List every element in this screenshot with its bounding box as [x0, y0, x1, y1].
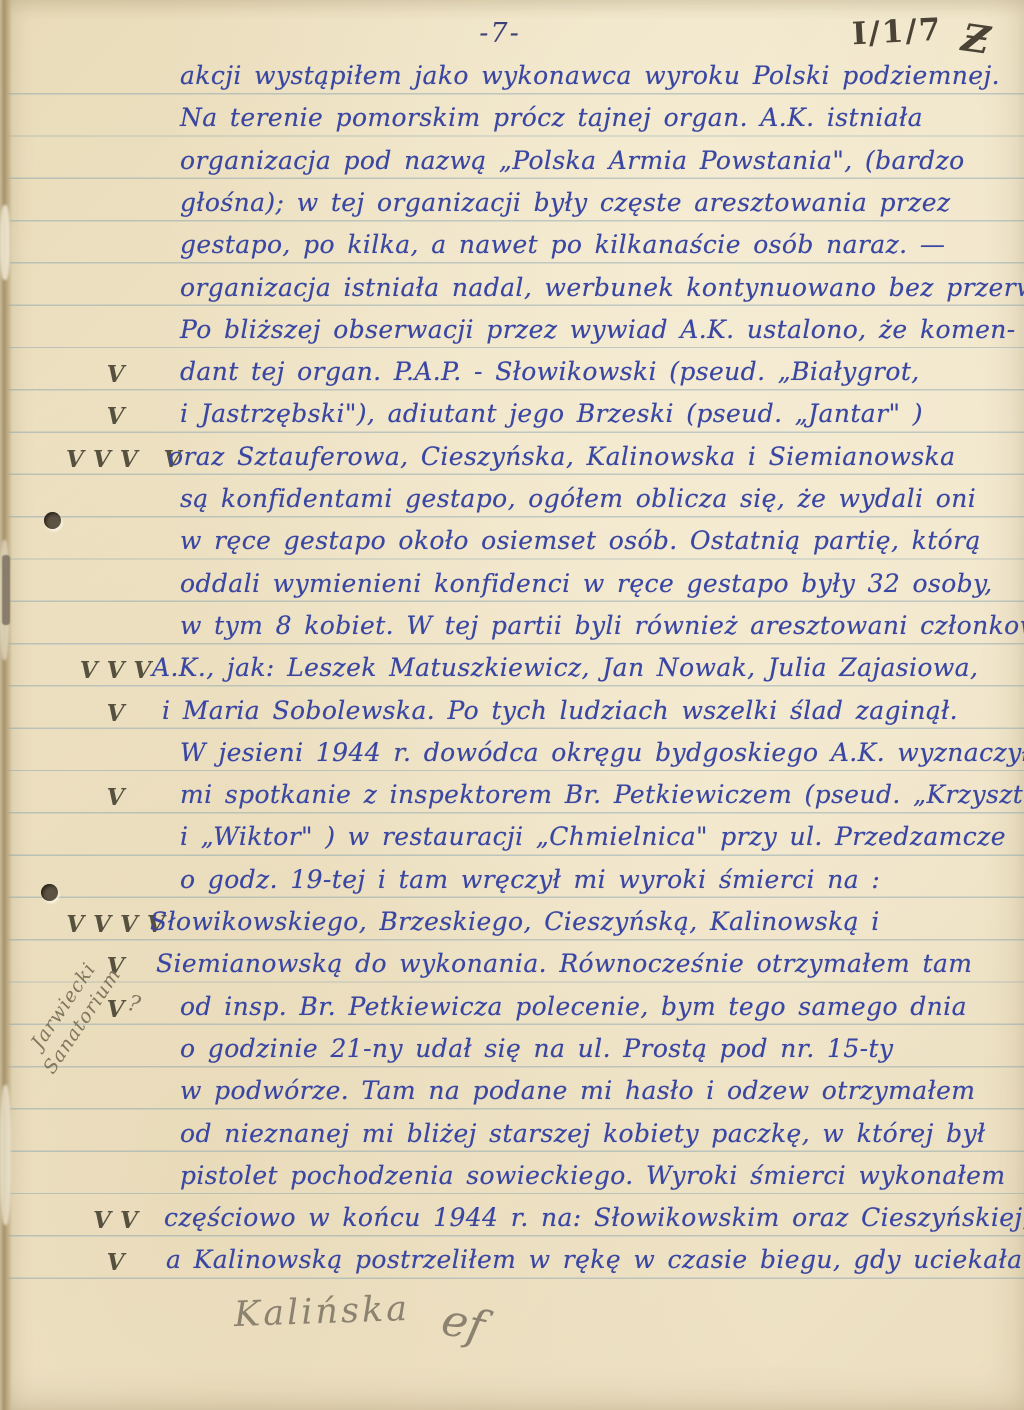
manuscript-line: Vi Maria Sobolewska. Po tych ludziach ws… — [0, 696, 1024, 738]
margin-checkmarks: VVV V — [66, 446, 174, 473]
margin-checkmarks: V — [66, 361, 174, 388]
manuscript-text: oddali wymienieni konfidenci w ręce gest… — [180, 569, 993, 598]
manuscript-text: są konfidentami gestapo, ogółem oblicza … — [180, 484, 976, 513]
manuscript-line: Va Kalinowską postrzeliłem w rękę w czas… — [0, 1245, 1024, 1287]
margin-checkmarks: V — [66, 700, 174, 727]
manuscript-line: VSiemianowską do wykonania. Równocześnie… — [0, 949, 1024, 991]
manuscript-text: dant tej organ. P.A.P. - Słowikowski (ps… — [180, 357, 920, 386]
manuscript-line: organizacja pod nazwą „Polska Armia Pows… — [0, 146, 1024, 188]
manuscript-line: Vdant tej organ. P.A.P. - Słowikowski (p… — [0, 357, 1024, 399]
manuscript-line: Po bliższej obserwacji przez wywiad A.K.… — [0, 315, 1024, 357]
manuscript-text: akcji wystąpiłem jako wykonawca wyroku P… — [180, 61, 1000, 90]
manuscript-line: VVVVSłowikowskiego, Brzeskiego, Cieszyńs… — [0, 907, 1024, 949]
manuscript-text: gestapo, po kilka, a nawet po kilkanaści… — [180, 230, 945, 259]
manuscript-line: akcji wystąpiłem jako wykonawca wyroku P… — [0, 61, 1024, 103]
margin-checkmarks: VV — [66, 1207, 174, 1234]
manuscript-text: w podwórze. Tam na podane mi hasło i odz… — [180, 1076, 975, 1105]
manuscript-text: pistolet pochodzenia sowieckiego. Wyroki… — [180, 1161, 1005, 1190]
manuscript-line: W jesieni 1944 r. dowódca okręgu bydgosk… — [0, 738, 1024, 780]
manuscript-text: w tym 8 kobiet. W tej partii byli równie… — [180, 611, 1024, 640]
manuscript-line: są konfidentami gestapo, ogółem oblicza … — [0, 484, 1024, 526]
manuscript-text: w ręce gestapo około osiemset osób. Osta… — [180, 526, 981, 555]
manuscript-text: Siemianowską do wykonania. Równocześnie … — [156, 949, 972, 978]
pencil-name-note: Kalińska — [233, 1289, 410, 1335]
manuscript-line: pistolet pochodzenia sowieckiego. Wyroki… — [0, 1161, 1024, 1203]
manuscript-text: od nieznanej mi bliżej starszej kobiety … — [180, 1119, 986, 1148]
manuscript-text: o godzinie 21-ny udał się na ul. Prostą … — [180, 1034, 893, 1063]
manuscript-line: Na terenie pomorskim prócz tajnej organ.… — [0, 103, 1024, 145]
manuscript-line: VVV Voraz Sztauferowa, Cieszyńska, Kalin… — [0, 442, 1024, 484]
archive-paraph-mark: Ƶ — [959, 14, 993, 62]
manuscript-line: VVczęściowo w końcu 1944 r. na: Słowikow… — [0, 1203, 1024, 1245]
manuscript-text: a Kalinowską postrzeliłem w rękę w czasi… — [166, 1245, 1022, 1274]
manuscript-text: i Jastrzębski"), adiutant jego Brzeski (… — [180, 399, 923, 428]
manuscript-text: Słowikowskiego, Brzeskiego, Cieszyńską, … — [150, 907, 880, 936]
margin-checkmarks: V — [66, 1249, 174, 1276]
margin-checkmarks: V — [66, 784, 174, 811]
manuscript-text: o godz. 19-tej i tam wręczył mi wyroki ś… — [180, 865, 880, 894]
archive-reference: I/1/7 — [851, 12, 943, 53]
manuscript-line: organizacja istniała nadal, werbunek kon… — [0, 273, 1024, 315]
manuscript-text: i Maria Sobolewska. Po tych ludziach wsz… — [162, 696, 958, 725]
manuscript-text: częściowo w końcu 1944 r. na: Słowikowsk… — [164, 1203, 1024, 1232]
manuscript-line: w podwórze. Tam na podane mi hasło i odz… — [0, 1076, 1024, 1118]
manuscript-text: od insp. Br. Petkiewicza polecenie, bym … — [180, 992, 967, 1021]
manuscript-line: o godzinie 21-ny udał się na ul. Prostą … — [0, 1034, 1024, 1076]
manuscript-line: i „Wiktor" ) w restauracji „Chmielnica" … — [0, 822, 1024, 864]
manuscript-line: od nieznanej mi bliżej starszej kobiety … — [0, 1119, 1024, 1161]
manuscript-line: VVVA.K., jak: Leszek Matuszkiewicz, Jan … — [0, 653, 1024, 695]
manuscript-line: Vi Jastrzębski"), adiutant jego Brzeski … — [0, 399, 1024, 441]
manuscript-line: oddali wymienieni konfidenci w ręce gest… — [0, 569, 1024, 611]
manuscript-text: Na terenie pomorskim prócz tajnej organ.… — [180, 103, 923, 132]
pencil-paraph-mark: ef — [437, 1294, 489, 1353]
manuscript-text: i „Wiktor" ) w restauracji „Chmielnica" … — [180, 822, 1006, 851]
manuscript-line: Vmi spotkanie z inspektorem Br. Petkiewi… — [0, 780, 1024, 822]
manuscript-line: Vod insp. Br. Petkiewicza polecenie, bym… — [0, 992, 1024, 1034]
manuscript-text: Po bliższej obserwacji przez wywiad A.K.… — [180, 315, 1016, 344]
manuscript-text: mi spotkanie z inspektorem Br. Petkiewic… — [180, 780, 1024, 809]
manuscript-text: głośna); w tej organizacji były częste a… — [180, 188, 951, 217]
manuscript-line: w tym 8 kobiet. W tej partii byli równie… — [0, 611, 1024, 653]
margin-checkmarks: V — [66, 403, 174, 430]
manuscript-line: gestapo, po kilka, a nawet po kilkanaści… — [0, 230, 1024, 272]
manuscript-line: głośna); w tej organizacji były częste a… — [0, 188, 1024, 230]
page-number: -7- — [460, 18, 540, 49]
scanned-manuscript-page: -7- I/1/7 Ƶ akcji wystąpiłem jako wykona… — [0, 0, 1024, 1410]
manuscript-text: A.K., jak: Leszek Matuszkiewicz, Jan Now… — [152, 653, 978, 682]
manuscript-text: organizacja pod nazwą „Polska Armia Pows… — [180, 146, 965, 175]
manuscript-line: w ręce gestapo około osiemset osób. Osta… — [0, 526, 1024, 568]
manuscript-text: organizacja istniała nadal, werbunek kon… — [180, 273, 1024, 302]
manuscript-text: W jesieni 1944 r. dowódca okręgu bydgosk… — [180, 738, 1024, 767]
manuscript-line: o godz. 19-tej i tam wręczył mi wyroki ś… — [0, 865, 1024, 907]
manuscript-text: oraz Sztauferowa, Cieszyńska, Kalinowska… — [168, 442, 955, 471]
